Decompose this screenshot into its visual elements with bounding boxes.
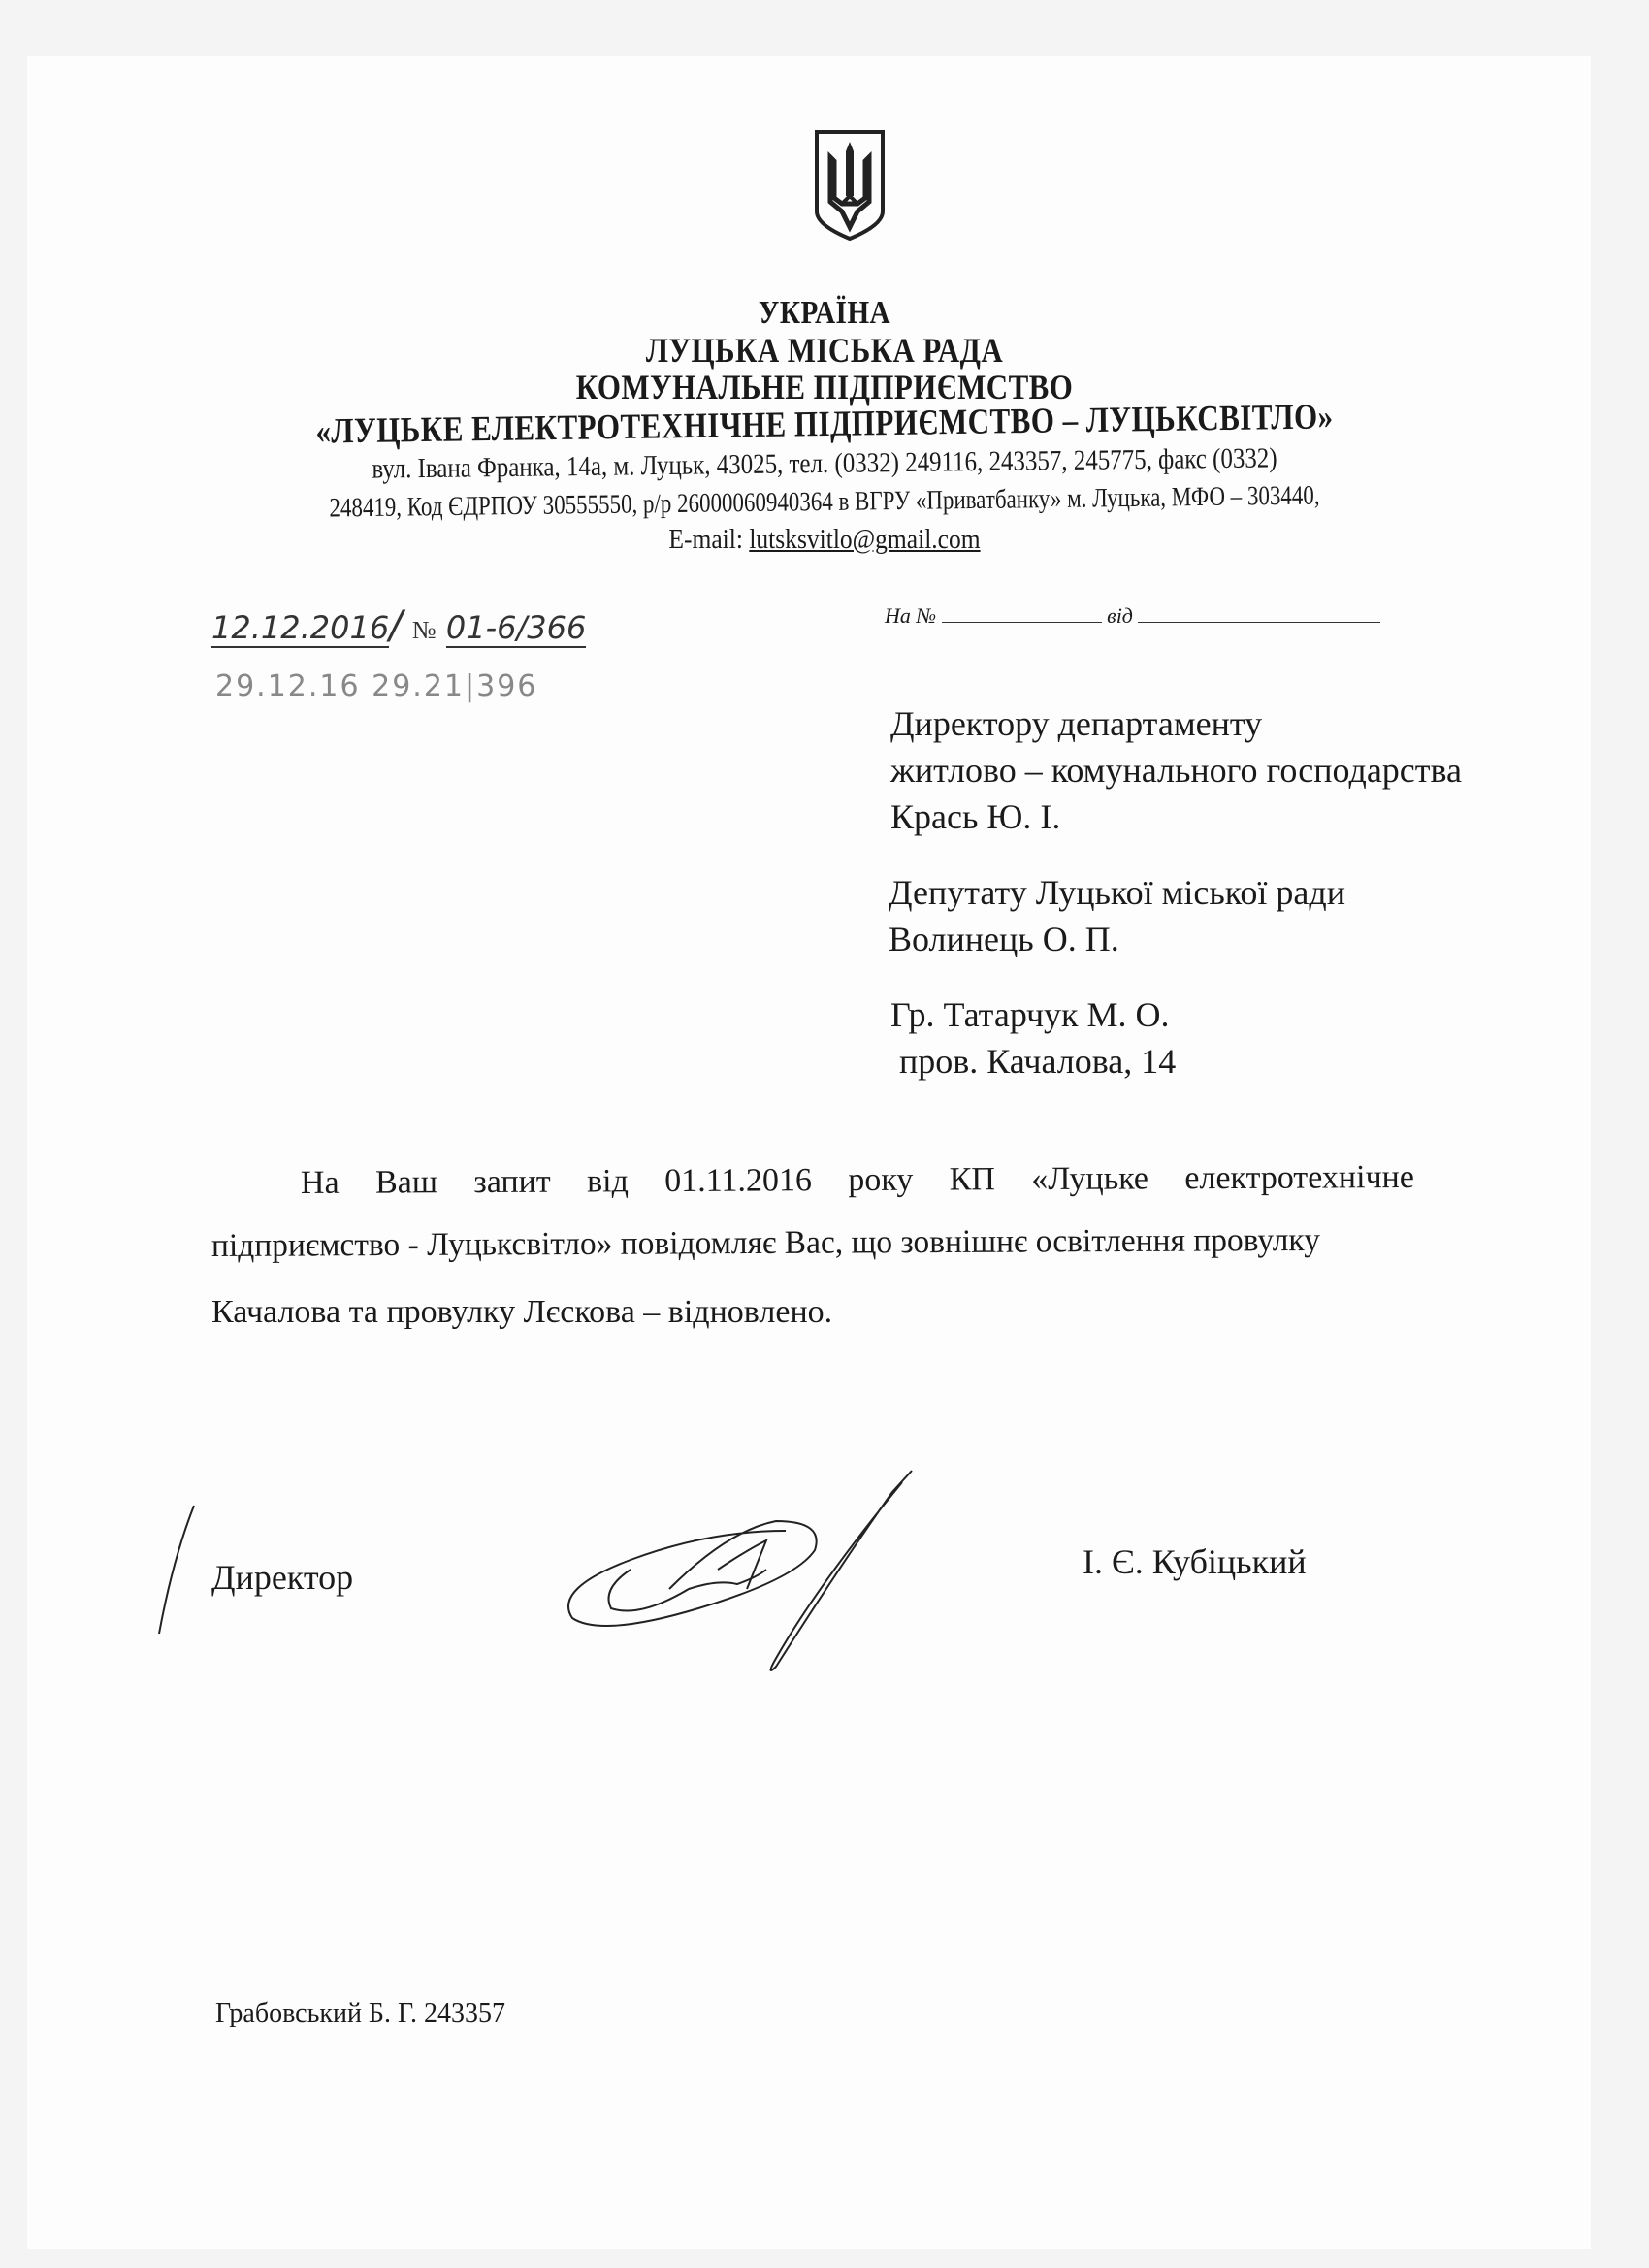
recipient-line: Гр. Татарчук М. О. bbox=[890, 997, 1176, 1032]
word: КП bbox=[950, 1161, 995, 1198]
trident-coat-of-arms-icon bbox=[813, 128, 887, 243]
number-prefix: № bbox=[412, 616, 436, 644]
recipient-line: Крась Ю. І. bbox=[890, 799, 1462, 834]
word: «Луцьке bbox=[1031, 1160, 1148, 1198]
body-line-3: Качалова та провулку Лєскова – відновлен… bbox=[211, 1294, 832, 1331]
recipient-block-2: Депутату Луцької міської ради Волинець О… bbox=[889, 875, 1345, 956]
recipient-line: житлово – комунального господарства bbox=[890, 753, 1462, 788]
outgoing-date: 12.12.2016/ № 01-6/366 bbox=[211, 603, 586, 648]
recipient-line: пров. Качалова, 14 bbox=[890, 1044, 1176, 1079]
header-country: УКРАЇНА bbox=[115, 295, 1534, 332]
executor-contact: Грабовський Б. Г. 243357 bbox=[215, 1998, 505, 2029]
signature-icon bbox=[524, 1463, 931, 1676]
recipient-line: Директору департаменту bbox=[890, 706, 1462, 741]
signatory-title: Директор bbox=[211, 1560, 353, 1595]
recipient-block-1: Директору департаменту житлово – комунал… bbox=[890, 706, 1462, 834]
header-council: ЛУЦЬКА МІСЬКА РАДА bbox=[115, 330, 1534, 371]
email-label: E-mail: bbox=[668, 524, 749, 555]
body-line-2: підприємство - Луцьксвітло» повідомляє В… bbox=[211, 1222, 1320, 1265]
reference-number-label: На № bbox=[885, 603, 936, 628]
signatory-name: І. Є. Кубіцький bbox=[1083, 1544, 1307, 1579]
word: запит bbox=[473, 1164, 551, 1201]
recipient-block-3: Гр. Татарчук М. О. пров. Качалова, 14 bbox=[890, 997, 1176, 1079]
word: На bbox=[301, 1165, 339, 1202]
word: 01.11.2016 bbox=[664, 1162, 812, 1200]
email-link[interactable]: lutsksvitlo@gmail.com bbox=[749, 524, 980, 555]
reference-date-blank bbox=[1138, 622, 1380, 623]
outgoing-date-value: 12.12.2016 bbox=[211, 609, 389, 648]
reference-line: На № від bbox=[885, 603, 1380, 629]
header-email-line: E-mail: lutsksvitlo@gmail.com bbox=[99, 524, 1550, 556]
reference-date-label: від bbox=[1107, 603, 1133, 628]
word: року bbox=[848, 1162, 913, 1199]
outgoing-number-value: 01-6/366 bbox=[446, 609, 586, 648]
recipient-line: Депутату Луцької міської ради bbox=[889, 875, 1345, 910]
pen-mark-icon bbox=[155, 1502, 204, 1637]
word: від bbox=[587, 1163, 629, 1200]
word: електротехнічне bbox=[1184, 1159, 1414, 1197]
body-line-1: На Ваш запит від 01.11.2016 року КП «Луц… bbox=[301, 1159, 1414, 1202]
recipient-line: Волинець О. П. bbox=[889, 922, 1345, 956]
word: Ваш bbox=[375, 1164, 437, 1201]
reference-number-blank bbox=[942, 622, 1102, 623]
incoming-stamp: 29.12.16 29.21|396 bbox=[215, 669, 537, 703]
